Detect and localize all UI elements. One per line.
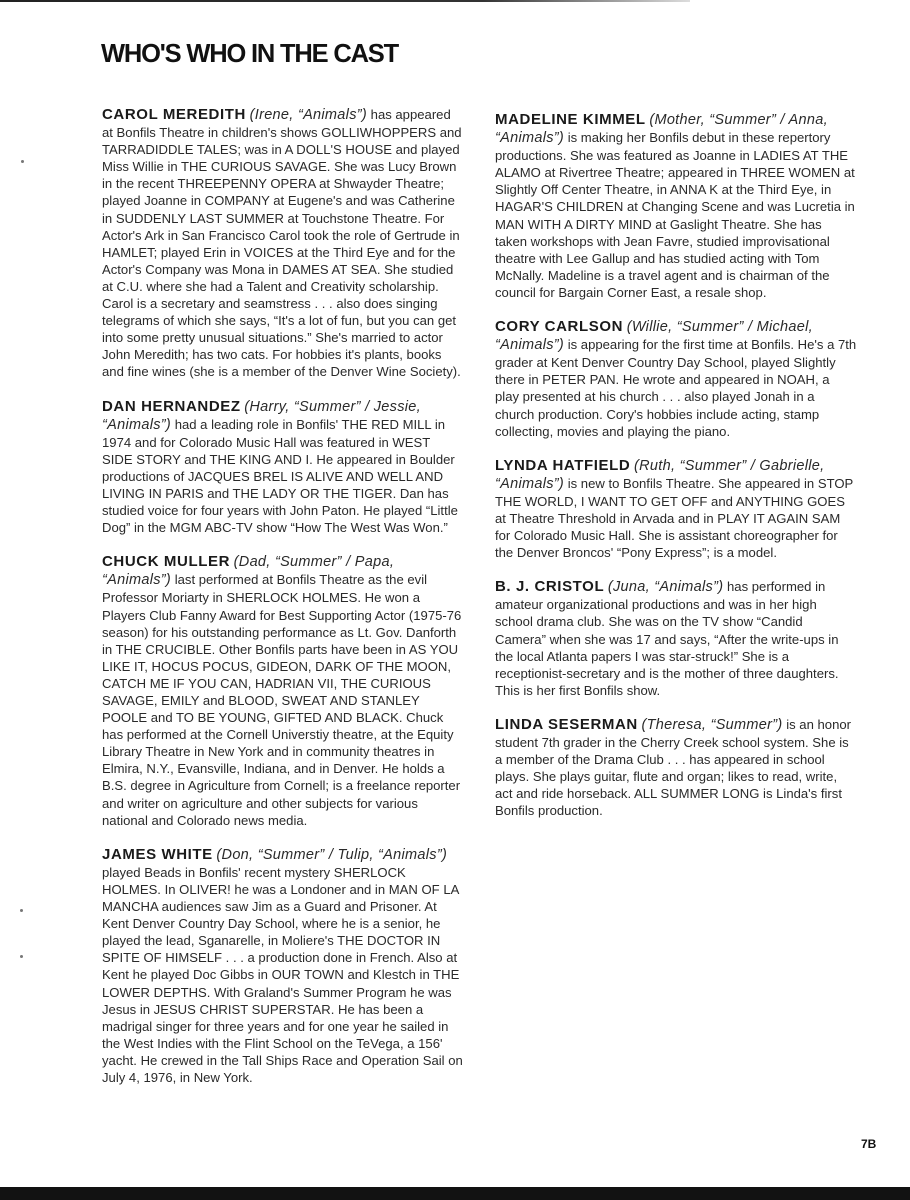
cast-entry-lynda-hatfield: LYNDA HATFIELD (Ruth, “Summer” / Gabriel… bbox=[495, 457, 857, 562]
cast-name: JAMES WHITE bbox=[102, 846, 213, 863]
cast-bio: is making her Bonfils debut in these rep… bbox=[495, 130, 855, 300]
left-column: CAROL MEREDITH (Irene, “Animals”) has ap… bbox=[102, 106, 464, 1103]
cast-roles: (Juna, “Animals”) bbox=[608, 579, 724, 595]
cast-bio: had a leading role in Bonfils' THE RED M… bbox=[102, 417, 458, 536]
cast-bio: has appeared at Bonfils Theatre in child… bbox=[102, 107, 462, 379]
cast-entry-james-white: JAMES WHITE (Don, “Summer” / Tulip, “Ani… bbox=[102, 846, 464, 1086]
page-number: 7B bbox=[861, 1137, 876, 1151]
cast-bio: played Beads in Bonfils' recent mystery … bbox=[102, 865, 463, 1085]
cast-entry-dan-hernandez: DAN HERNANDEZ (Harry, “Summer” / Jessie,… bbox=[102, 398, 464, 537]
cast-bio: has performed in amateur organizational … bbox=[495, 579, 839, 698]
print-speck bbox=[21, 160, 24, 163]
cast-entry-linda-seserman: LINDA SESERMAN (Theresa, “Summer”) is an… bbox=[495, 716, 857, 820]
cast-roles: (Theresa, “Summer”) bbox=[642, 717, 783, 733]
right-column: MADELINE KIMMEL (Mother, “Summer” / Anna… bbox=[495, 111, 857, 836]
cast-name: CHUCK MULLER bbox=[102, 553, 230, 570]
cast-bio: last performed at Bonfils Theatre as the… bbox=[102, 572, 461, 827]
cast-roles: (Irene, “Animals”) bbox=[250, 107, 367, 123]
cast-name: LINDA SESERMAN bbox=[495, 716, 638, 733]
cast-name: LYNDA HATFIELD bbox=[495, 457, 630, 474]
cast-entry-bj-cristol: B. J. CRISTOL (Juna, “Animals”) has perf… bbox=[495, 578, 857, 699]
print-speck bbox=[20, 955, 23, 958]
cast-entry-chuck-muller: CHUCK MULLER (Dad, “Summer” / Papa, “Ani… bbox=[102, 553, 464, 829]
bottom-band bbox=[0, 1187, 910, 1200]
cast-entry-cory-carlson: CORY CARLSON (Willie, “Summer” / Michael… bbox=[495, 318, 857, 440]
cast-name: CAROL MEREDITH bbox=[102, 106, 246, 123]
print-speck bbox=[20, 909, 23, 912]
page-title: WHO'S WHO IN THE CAST bbox=[101, 38, 398, 69]
cast-entry-madeline-kimmel: MADELINE KIMMEL (Mother, “Summer” / Anna… bbox=[495, 111, 857, 301]
cast-name: CORY CARLSON bbox=[495, 318, 623, 335]
cast-roles: (Don, “Summer” / Tulip, “Animals”) bbox=[216, 847, 447, 863]
cast-name: DAN HERNANDEZ bbox=[102, 398, 241, 415]
cast-name: MADELINE KIMMEL bbox=[495, 111, 646, 128]
top-rule bbox=[0, 0, 690, 2]
cast-name: B. J. CRISTOL bbox=[495, 578, 604, 595]
cast-entry-carol-meredith: CAROL MEREDITH (Irene, “Animals”) has ap… bbox=[102, 106, 464, 381]
